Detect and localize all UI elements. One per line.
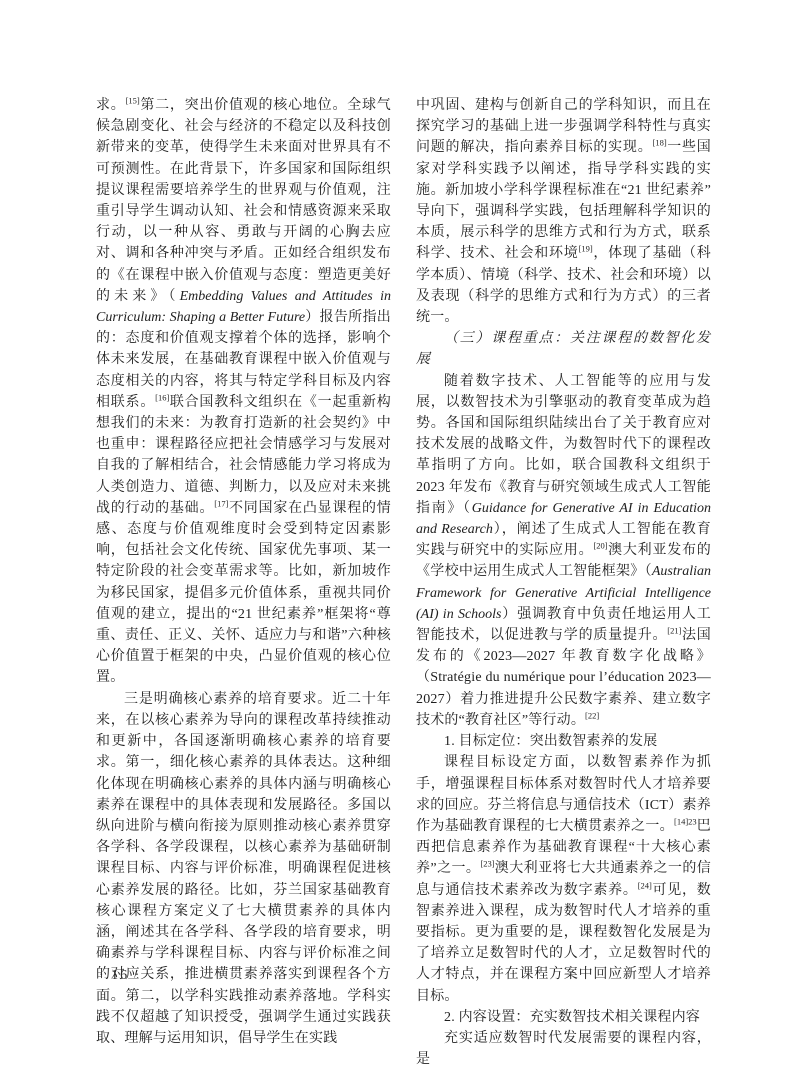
text-run: 联合国教科文组织在《一起重新构想我们的未来：为教育打造新的社会契约》中也重申：课…	[96, 395, 391, 516]
text-run: 充实适应数智时代发展需要的课程内容，是	[416, 1031, 711, 1067]
text-run: 课程目标设定方面，以数智素养作为抓手，增强课程目标体系对数智时代人才培养要求的回…	[416, 755, 711, 834]
journal-page: 求。[15]第二，突出价值观的核心地位。全球气候急剧变化、社会与经济的不稳定以及…	[0, 0, 800, 1077]
paragraph: 中巩固、建构与创新自己的学科知识，而且在探究学习的基础上进一步强调学科特性与真实…	[416, 95, 711, 328]
page-number: · 16 ·	[99, 968, 141, 984]
citation-superscript: [23]	[480, 859, 494, 869]
sub-heading: 2. 内容设置：充实数智技术相关课程内容	[416, 1007, 711, 1028]
text-run: 随着数字技术、人工智能等的应用与发展，以数智技术为引擎驱动的教育变革成为趋势。各…	[416, 374, 711, 516]
text-run: 三是明确核心素养的培育要求。近二十年来，在以核心素养为导向的课程改革持续推动和更…	[96, 692, 391, 1046]
paragraph: 课程目标设定方面，以数智素养作为抓手，增强课程目标体系对数智时代人才培养要求的回…	[416, 752, 711, 1006]
citation-superscript: [16]	[155, 392, 169, 402]
right-column: 中巩固、建构与创新自己的学科知识，而且在探究学习的基础上进一步强调学科特性与真实…	[416, 95, 711, 1070]
left-column: 求。[15]第二，突出价值观的核心地位。全球气候急剧变化、社会与经济的不稳定以及…	[96, 95, 391, 1049]
text-run: 不同国家在凸显课程的情感、态度与价值观维度时会受到特定因素影响，包括社会文化传统…	[96, 501, 391, 686]
text-run: 第二，突出价值观的核心地位。全球气候急剧变化、社会与经济的不稳定以及科技创新带来…	[96, 98, 391, 304]
text-run: 可见，数智素养进入课程，成为数智时代人才培养的重要指标。更为重要的是，课程数智化…	[416, 883, 711, 1004]
citation-superscript: [20]	[593, 541, 607, 551]
paragraph: 充实适应数智时代发展需要的课程内容，是	[416, 1028, 711, 1070]
citation-superscript: [18]	[652, 138, 666, 148]
citation-superscript: [14]23	[674, 816, 697, 826]
paragraph: 随着数字技术、人工智能等的应用与发展，以数智技术为引擎驱动的教育变革成为趋势。各…	[416, 371, 711, 731]
text-run: 求。	[96, 98, 126, 113]
citation-superscript: [22]	[585, 710, 599, 720]
text-run: 一些国家对学科实践予以阐述，指导学科实践的实施。新加坡小学科学课程标准在“21 …	[416, 140, 711, 261]
citation-superscript: [19]	[579, 244, 593, 254]
paragraph: 求。[15]第二，突出价值观的核心地位。全球气候急剧变化、社会与经济的不稳定以及…	[96, 95, 391, 689]
kaiti-heading: （三）课程重点：关注课程的数智化发展	[416, 328, 711, 370]
sub-heading: 1. 目标定位：突出数智素养的发展	[416, 731, 711, 752]
citation-superscript: [21]	[667, 625, 681, 635]
text-run: 2. 内容设置：充实数智技术相关课程内容	[444, 1010, 700, 1025]
paragraph: 三是明确核心素养的培育要求。近二十年来，在以核心素养为导向的课程改革持续推动和更…	[96, 689, 391, 1049]
citation-superscript: [17]	[214, 498, 228, 508]
citation-superscript: [24]	[638, 880, 652, 890]
text-run: （三）课程重点：关注课程的数智化发展	[416, 331, 711, 367]
text-run: 1. 目标定位：突出数智素养的发展	[444, 734, 657, 749]
citation-superscript: [15]	[126, 95, 140, 105]
